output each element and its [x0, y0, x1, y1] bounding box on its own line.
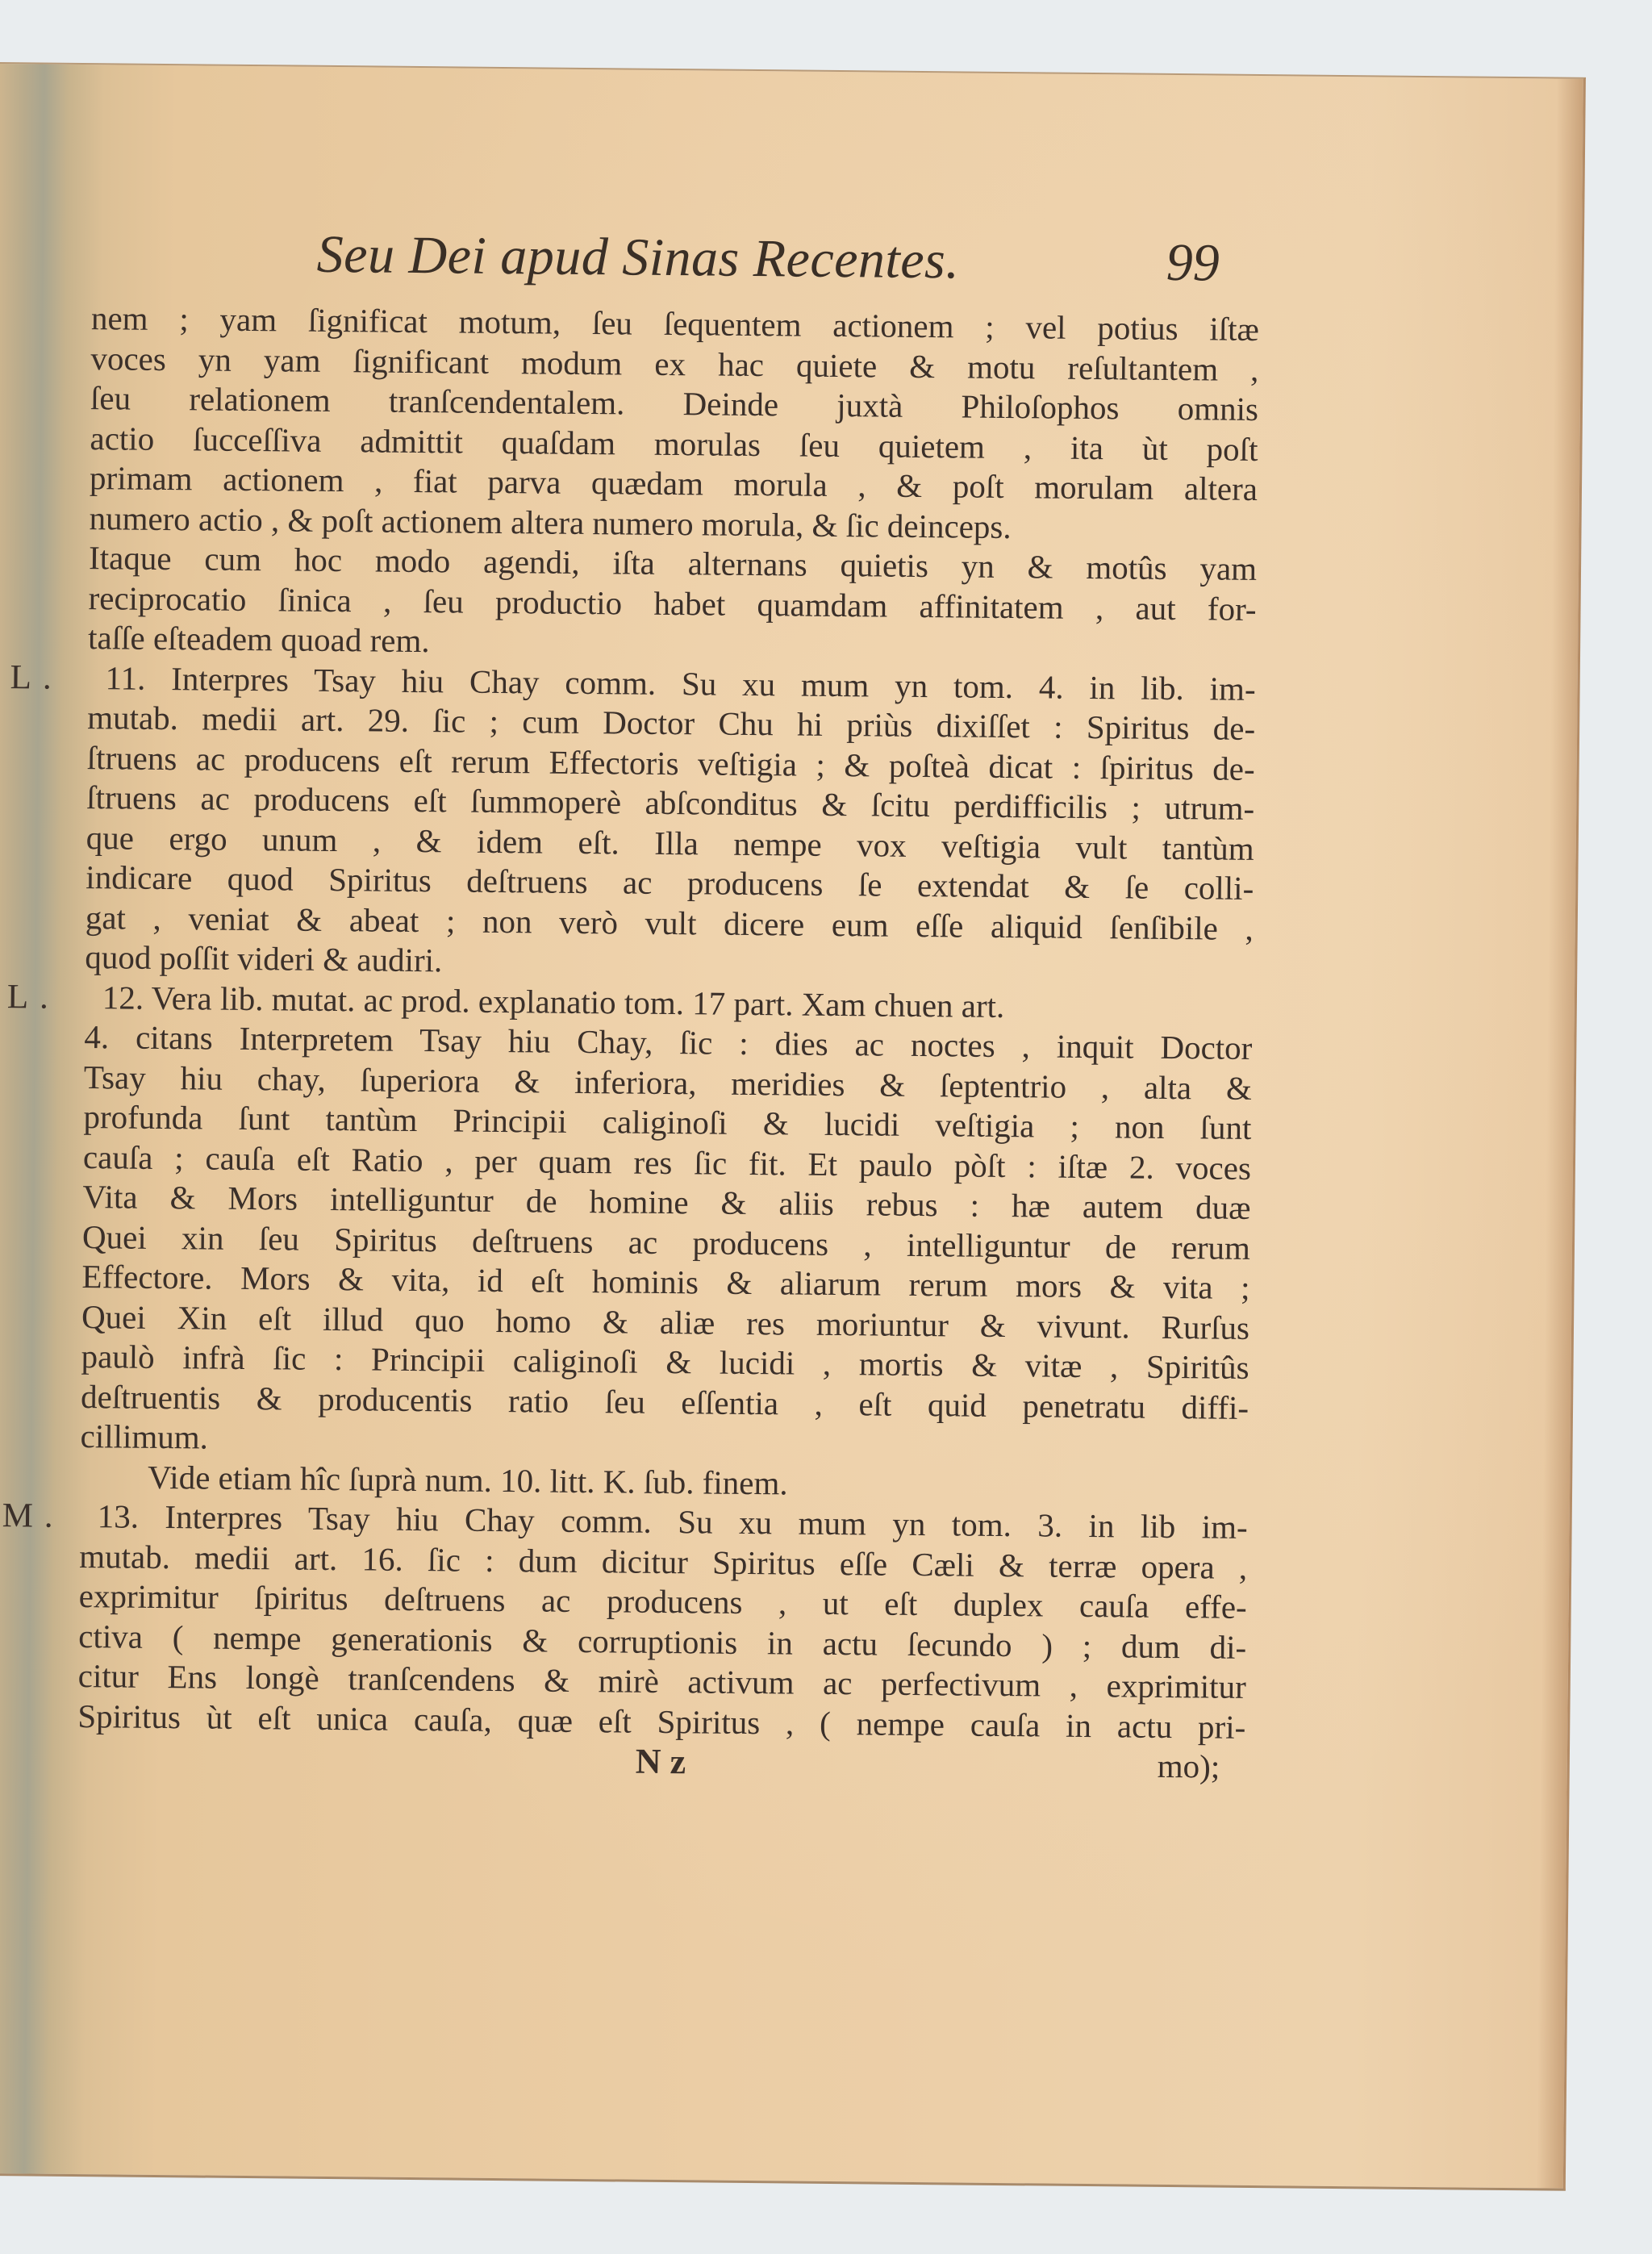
- body-text: nem ; yam ſignificat motum, ſeu ſequente…: [0, 298, 1581, 1790]
- page-header: Seu Dei apud Sinas Recentes. 99: [0, 221, 1582, 309]
- book-page: Seu Dei apud Sinas Recentes. 99 nem ; ya…: [0, 62, 1586, 2191]
- margin-letter-marker: L.: [10, 657, 63, 698]
- running-title: Seu Dei apud Sinas Recentes.: [316, 224, 959, 292]
- margin-letter-marker: L.: [7, 977, 60, 1017]
- margin-letter-marker: M.: [2, 1496, 64, 1536]
- page-number: 99: [1166, 232, 1220, 294]
- catchword: mo);: [1158, 1747, 1220, 1787]
- signature-mark: N z: [636, 1742, 686, 1782]
